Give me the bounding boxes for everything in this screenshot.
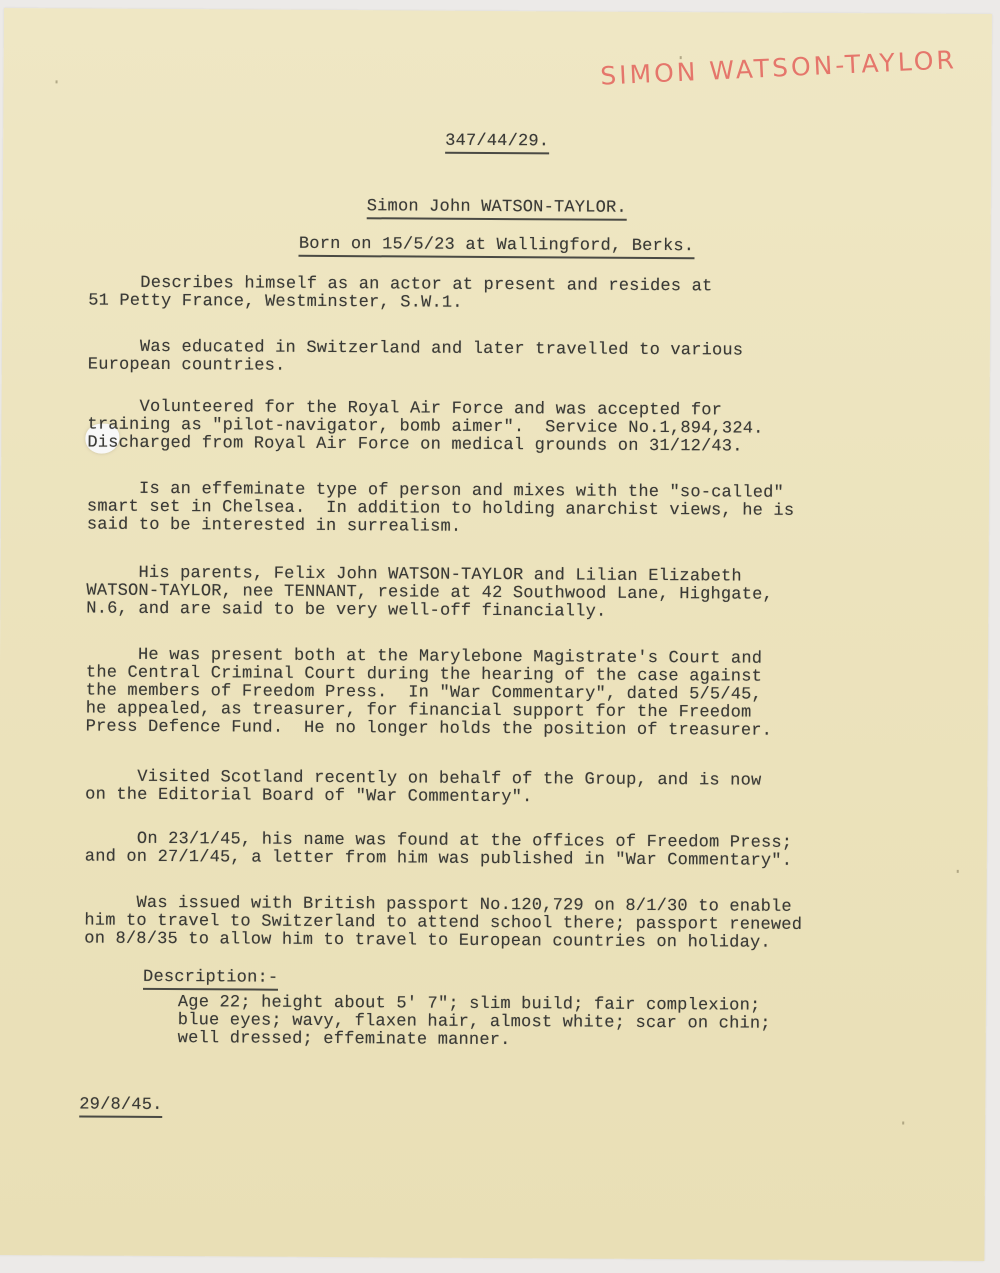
description-label-line: Description:- <box>143 969 278 991</box>
subject-name: Simon John WATSON-TAYLOR. <box>367 198 627 221</box>
document-date: 29/8/45. <box>79 1096 162 1118</box>
birth-line: Born on 15/5/23 at Wallingford, Berks. <box>2 234 990 261</box>
description-label: Description:- <box>143 969 278 991</box>
paragraph-occupation: Describes himself as an actor at present… <box>88 275 948 316</box>
description-body: Age 22; height about 5' 7"; slim build; … <box>178 994 771 1052</box>
paper-speck <box>957 870 959 873</box>
reference-number-line: 347/44/29. <box>3 130 991 157</box>
paper-speck <box>56 80 58 83</box>
paragraph-passport: Was issued with British passport No.120,… <box>84 895 944 954</box>
handwritten-annotation: SIMON WATSON-TAYLOR <box>600 45 958 90</box>
paragraph-education: Was educated in Switzerland and later tr… <box>88 339 948 380</box>
paragraph-scotland-visit: Visited Scotland recently on behalf of t… <box>85 769 945 810</box>
document-page: SIMON WATSON-TAYLOR 347/44/29. Simon Joh… <box>0 8 992 1261</box>
subject-name-line: Simon John WATSON-TAYLOR. <box>3 196 991 223</box>
birth-details: Born on 15/5/23 at Wallingford, Berks. <box>299 236 694 259</box>
paragraph-court-attendance: He was present both at the Marylebone Ma… <box>86 647 947 742</box>
paragraph-freedom-press: On 23/1/45, his name was found at the of… <box>85 831 945 872</box>
reference-number: 347/44/29. <box>445 133 549 155</box>
paragraph-raf-service: Volunteered for the Royal Air Force and … <box>87 399 947 458</box>
document-date-line: 29/8/45. <box>79 1096 162 1118</box>
paragraph-parents: His parents, Felix John WATSON-TAYLOR an… <box>86 565 946 624</box>
paper-speck <box>680 56 682 59</box>
paper-speck <box>902 1122 904 1125</box>
paragraph-character: Is an effeminate type of person and mixe… <box>87 481 947 540</box>
